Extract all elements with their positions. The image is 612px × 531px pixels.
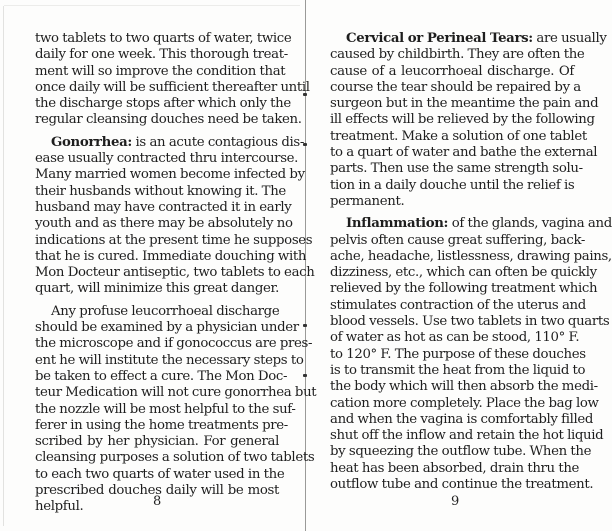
text-line: daily for one week. This thorough treat- [35,47,279,63]
text-run: of the glands, vagina and [448,216,612,231]
text-line: tion in a daily douche until the relief … [330,178,574,194]
text-line: quart, will minimize this great danger. [35,281,279,297]
booklet-spread: two tablets to two quarts of water, twic… [0,0,612,531]
text-line: stimulates contraction of the uterus and [330,298,574,314]
text-line: to each two quarts of water used in the [35,467,279,483]
text-line: surgeon but in the meantime the pain and [330,96,574,112]
text-line: ment will so improve the condition that [35,64,279,80]
text-line: Many married women become infected by [35,167,279,183]
paragraph-gonorrhea: Gonorrhea: is an acute contagious dis- e… [35,135,279,298]
text-line: youth and as there may be absolutely no [35,216,279,232]
section-heading: Gonorrhea: [51,135,132,150]
text-line: and when the vagina is comfortably fille… [330,412,574,428]
staple-mark-icon [303,374,307,377]
text-line: two tablets to two quarts of water, twic… [35,31,279,47]
text-line: shut off the inflow and retain the hot l… [330,428,574,444]
text-line: should be examined by a physician under [35,320,279,336]
text-line: to a quart of water and bathe the extern… [330,145,574,161]
text-line: the nozzle will be most helpful to the s… [35,402,279,418]
text-run: is an acute contagious dis- [132,135,304,150]
text-line: husband may have contracted it in early [35,200,279,216]
left-page: two tablets to two quarts of water, twic… [35,31,279,516]
text-line: Gonorrhea: is an acute contagious dis- [35,135,279,151]
section-heading: Cervical or Perineal Tears: [346,31,533,46]
text-line: regular cleansing douches need be taken. [35,112,279,128]
text-line: dizziness, etc., which can often be quic… [330,265,574,281]
text-line: cation more completely. Place the bag lo… [330,396,574,412]
page-number: 8 [153,494,161,509]
text-line: Any profuse leucorrhoeal discharge [35,304,279,320]
text-run: are usually [533,31,607,46]
text-line: to 120° F. The purpose of these douches [330,347,574,363]
text-line: heat has been absorbed, drain thru the [330,461,574,477]
text-line: ache, headache, listlessness, drawing pa… [330,249,574,265]
page-edge-left [3,6,4,526]
paragraph-cervical-tears: Cervical or Perineal Tears: are usually … [330,31,574,210]
text-line: that he is cured. Immediate douching wit… [35,249,279,265]
text-line: be taken to effect a cure. The Mon Doc- [35,369,279,385]
page-edge-top [4,5,300,6]
text-line: ease usually contracted thru intercourse… [35,151,279,167]
text-line: ent he will institute the necessary step… [35,353,279,369]
text-line: cleansing purposes a solution of two tab… [35,450,279,466]
text-line: of water as hot as can be stood, 110° F. [330,330,574,346]
text-line: Cervical or Perineal Tears: are usually [330,31,574,47]
paragraph-inflammation: Inflammation: of the glands, vagina and … [330,216,574,493]
paragraph-continuation: two tablets to two quarts of water, twic… [35,31,279,129]
text-line: the discharge stops after which only the [35,96,279,112]
text-line: parts. Then use the same strength solu- [330,161,574,177]
text-line: ill effects will be relieved by the foll… [330,112,574,128]
text-line: outflow tube and continue the treatment. [330,477,574,493]
text-line: Inflammation: of the glands, vagina and [330,216,574,232]
text-line: permanent. [330,194,574,210]
text-line: relieved by the following treatment whic… [330,281,574,297]
section-heading: Inflammation: [346,216,448,231]
text-line: teur Medication will not cure gonorrhea … [35,385,279,401]
text-line: ferer in using the home treatments pre- [35,418,279,434]
text-line: blood vessels. Use two tablets in two qu… [330,314,574,330]
text-line: course the tear should be repaired by a [330,80,574,96]
page-number: 9 [451,494,459,509]
text-line: is to transmit the heat from the liquid … [330,363,574,379]
text-line: treatment. Make a solution of one tablet [330,129,574,145]
right-page: Cervical or Perineal Tears: are usually … [330,31,574,493]
staple-mark-icon [303,324,307,327]
text-line: caused by childbirth. They are often the [330,47,574,63]
text-line: once daily will be sufficient thereafter… [35,80,279,96]
text-line: Mon Docteur antiseptic, two tablets to e… [35,265,279,281]
text-line: the body which will then absorb the medi… [330,379,574,395]
text-line: by squeezing the outflow tube. When the [330,444,574,460]
text-line: scribed by her physician. For general [35,434,279,450]
text-line: the microscope and if gonococcus are pre… [35,336,279,352]
text-line: indications at the present time he suppo… [35,233,279,249]
text-line: cause of a leucorrhoeal discharge. Of [330,64,574,80]
text-line: pelvis often cause great suffering, back… [330,233,574,249]
paragraph-leucorrhoeal: Any profuse leucorrhoeal discharge shoul… [35,304,279,516]
text-line: their husbands without knowing it. The [35,184,279,200]
